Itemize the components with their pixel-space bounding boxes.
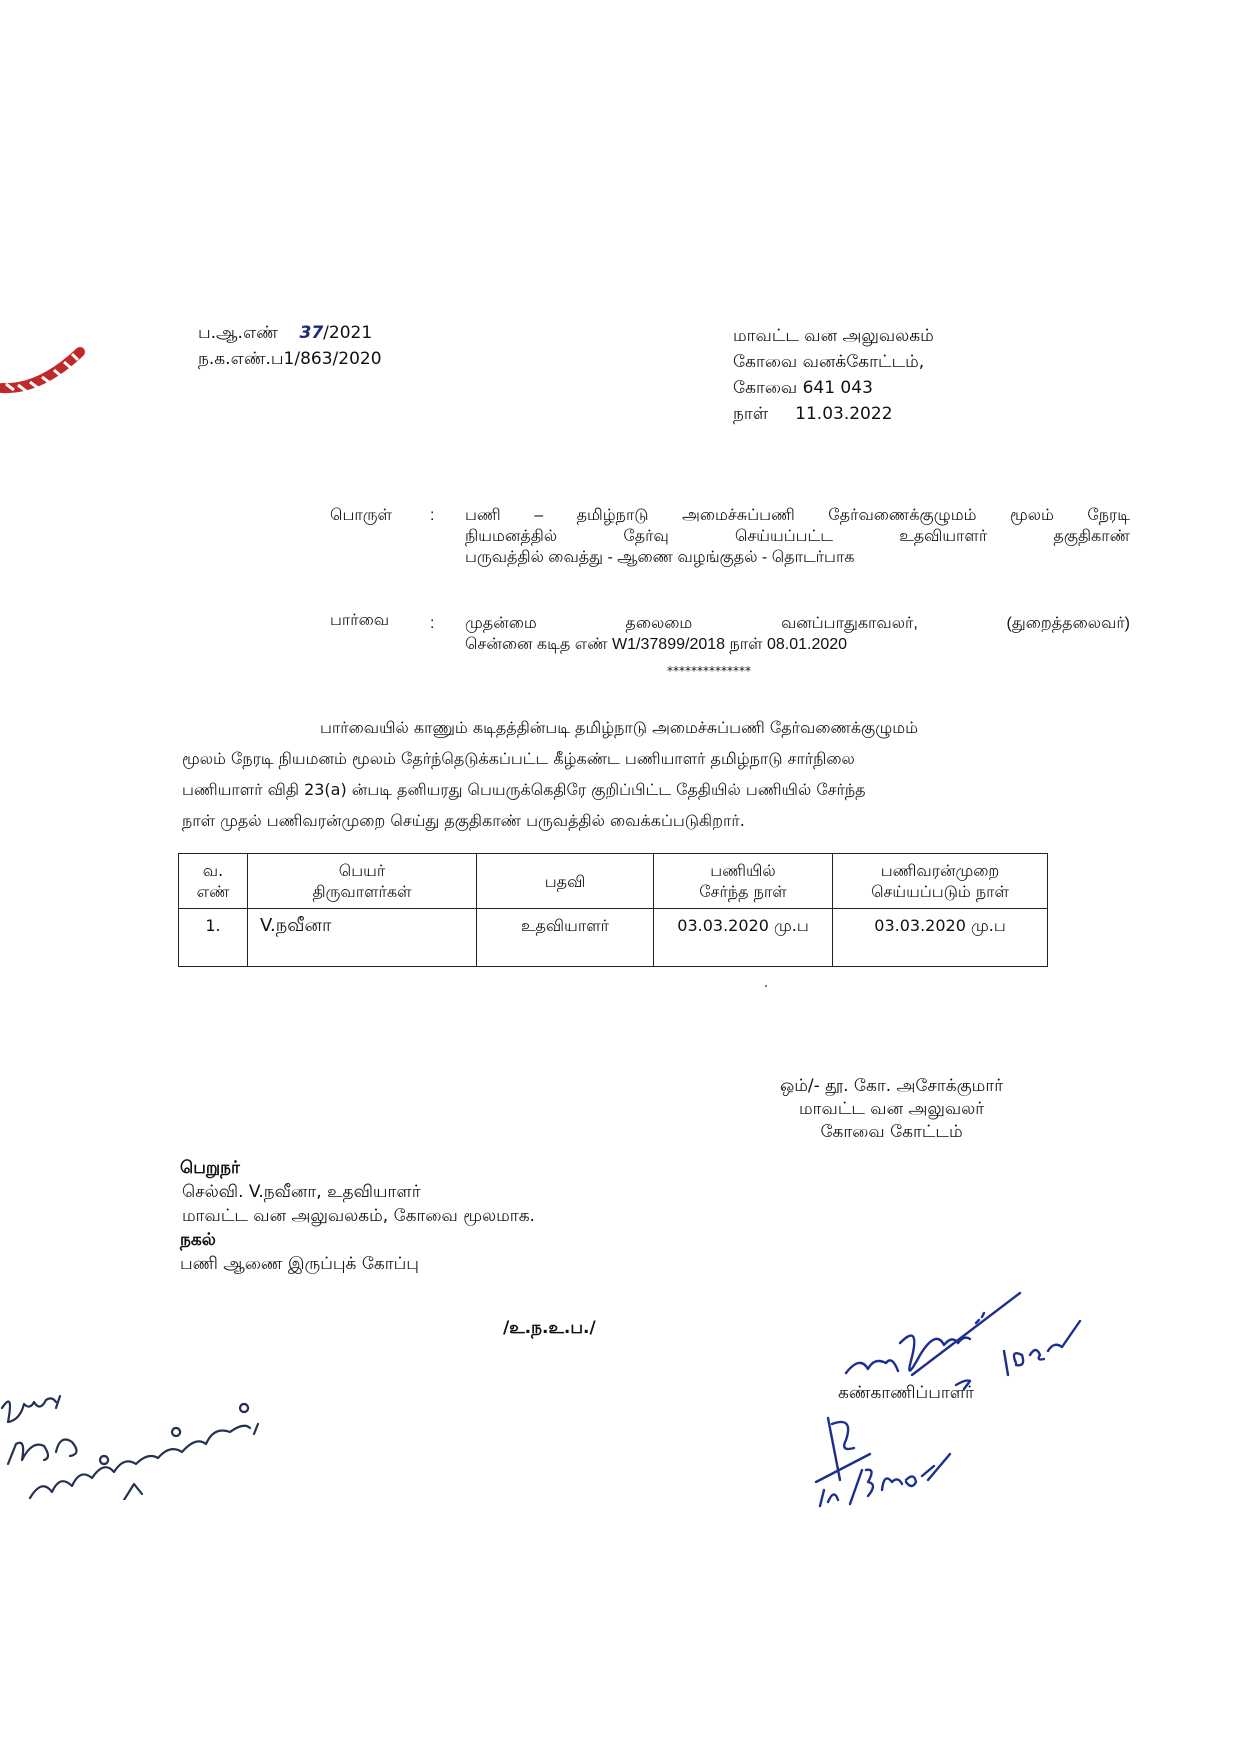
handwritten-acknowledgement-icon: [0, 1360, 290, 1500]
header-serial: வ.எண்: [179, 854, 248, 909]
ink-dot: [765, 985, 767, 987]
separator-stars: **************: [667, 664, 751, 678]
copy-recipient: பணி ஆணை இருப்புக் கோப்பு: [180, 1253, 535, 1277]
signatory-block: ஒம்/- தூ. கோ. அசோக்குமார் மாவட்ட வன அலுவ…: [780, 1075, 1003, 1144]
handwritten-signature-icon: [840, 1285, 1090, 1395]
signatory-designation: மாவட்ட வன அலுவலர்: [780, 1098, 1003, 1121]
reference-colon: :: [430, 613, 450, 635]
order-number: ப.ஆ.எண் 37/2021: [198, 322, 382, 348]
signatory-name: ஒம்/- தூ. கோ. அசோக்குமார்: [780, 1075, 1003, 1098]
handwritten-order-number: 37: [299, 323, 323, 343]
table-row: 1. V.நவீனா உதவியாளர் 03.03.2020 மு.ப 03.…: [179, 909, 1048, 967]
subject-text: பணி – தமிழ்நாடு அமைச்சுப்பணி தேர்வணைக்கு…: [465, 505, 1130, 568]
subject-colon: :: [430, 505, 450, 527]
reference-label: பார்வை: [330, 610, 430, 632]
table-header-row: வ.எண் பெயர்திருவாளர்கள் பதவி பணியில்சேர்…: [179, 854, 1048, 909]
office-line-2: கோவை வனக்கோட்டம்,: [733, 351, 934, 377]
cell-serial: 1.: [179, 909, 248, 967]
office-address: மாவட்ட வன அலுவலகம் கோவை வனக்கோட்டம், கோவ…: [733, 325, 934, 429]
header-joining-date: பணியில்சேர்ந்த நாள்: [654, 854, 833, 909]
signatory-division: கோவை கோட்டம்: [780, 1121, 1003, 1144]
staff-table: வ.எண் பெயர்திருவாளர்கள் பதவி பணியில்சேர்…: [178, 853, 1048, 967]
cell-joining-date: 03.03.2020 மு.ப: [654, 909, 833, 967]
recipient-office: மாவட்ட வன அலுவலகம், கோவை மூலமாக.: [180, 1205, 535, 1229]
office-line-3: கோவை 641 043: [733, 377, 934, 403]
file-number: ந.க.எண்.ப1/863/2020: [198, 348, 382, 374]
cell-regularisation-date: 03.03.2020 மு.ப: [833, 909, 1048, 967]
office-line-1: மாவட்ட வன அலுவலகம்: [733, 325, 934, 351]
cell-name: V.நவீனா: [248, 909, 477, 967]
body-paragraph: பார்வையில் காணும் கடிதத்தின்படி தமிழ்நாட…: [182, 712, 1132, 836]
header-designation: பதவி: [477, 854, 654, 909]
reference-text: முதன்மை தலைமை வனப்பாதுகாவலர், (துறைத்தலை…: [465, 613, 1130, 655]
letter-date: நாள் 11.03.2022: [733, 403, 934, 429]
reference-numbers: ப.ஆ.எண் 37/2021 ந.க.எண்.ப1/863/2020: [198, 322, 382, 374]
header-name: பெயர்திருவாளர்கள்: [248, 854, 477, 909]
subject-label: பொருள்: [330, 505, 430, 527]
attestation-initials: /உ.ந.உ.ப./: [503, 1318, 596, 1340]
header-regularisation-date: பணிவரன்முறைசெய்யப்படும் நாள்: [833, 854, 1048, 909]
cell-designation: உதவியாளர்: [477, 909, 654, 967]
recipient-block: பெறுநர் செல்வி. V.நவீனா, உதவியாளர் மாவட்…: [180, 1157, 535, 1277]
red-seal-fragment-icon: [0, 330, 100, 400]
handwritten-initial-icon: [810, 1410, 980, 1510]
recipient-label: பெறுநர்: [180, 1157, 535, 1181]
copy-label: நகல்: [180, 1229, 535, 1253]
recipient-name: செல்வி. V.நவீனா, உதவியாளர்: [180, 1181, 535, 1205]
